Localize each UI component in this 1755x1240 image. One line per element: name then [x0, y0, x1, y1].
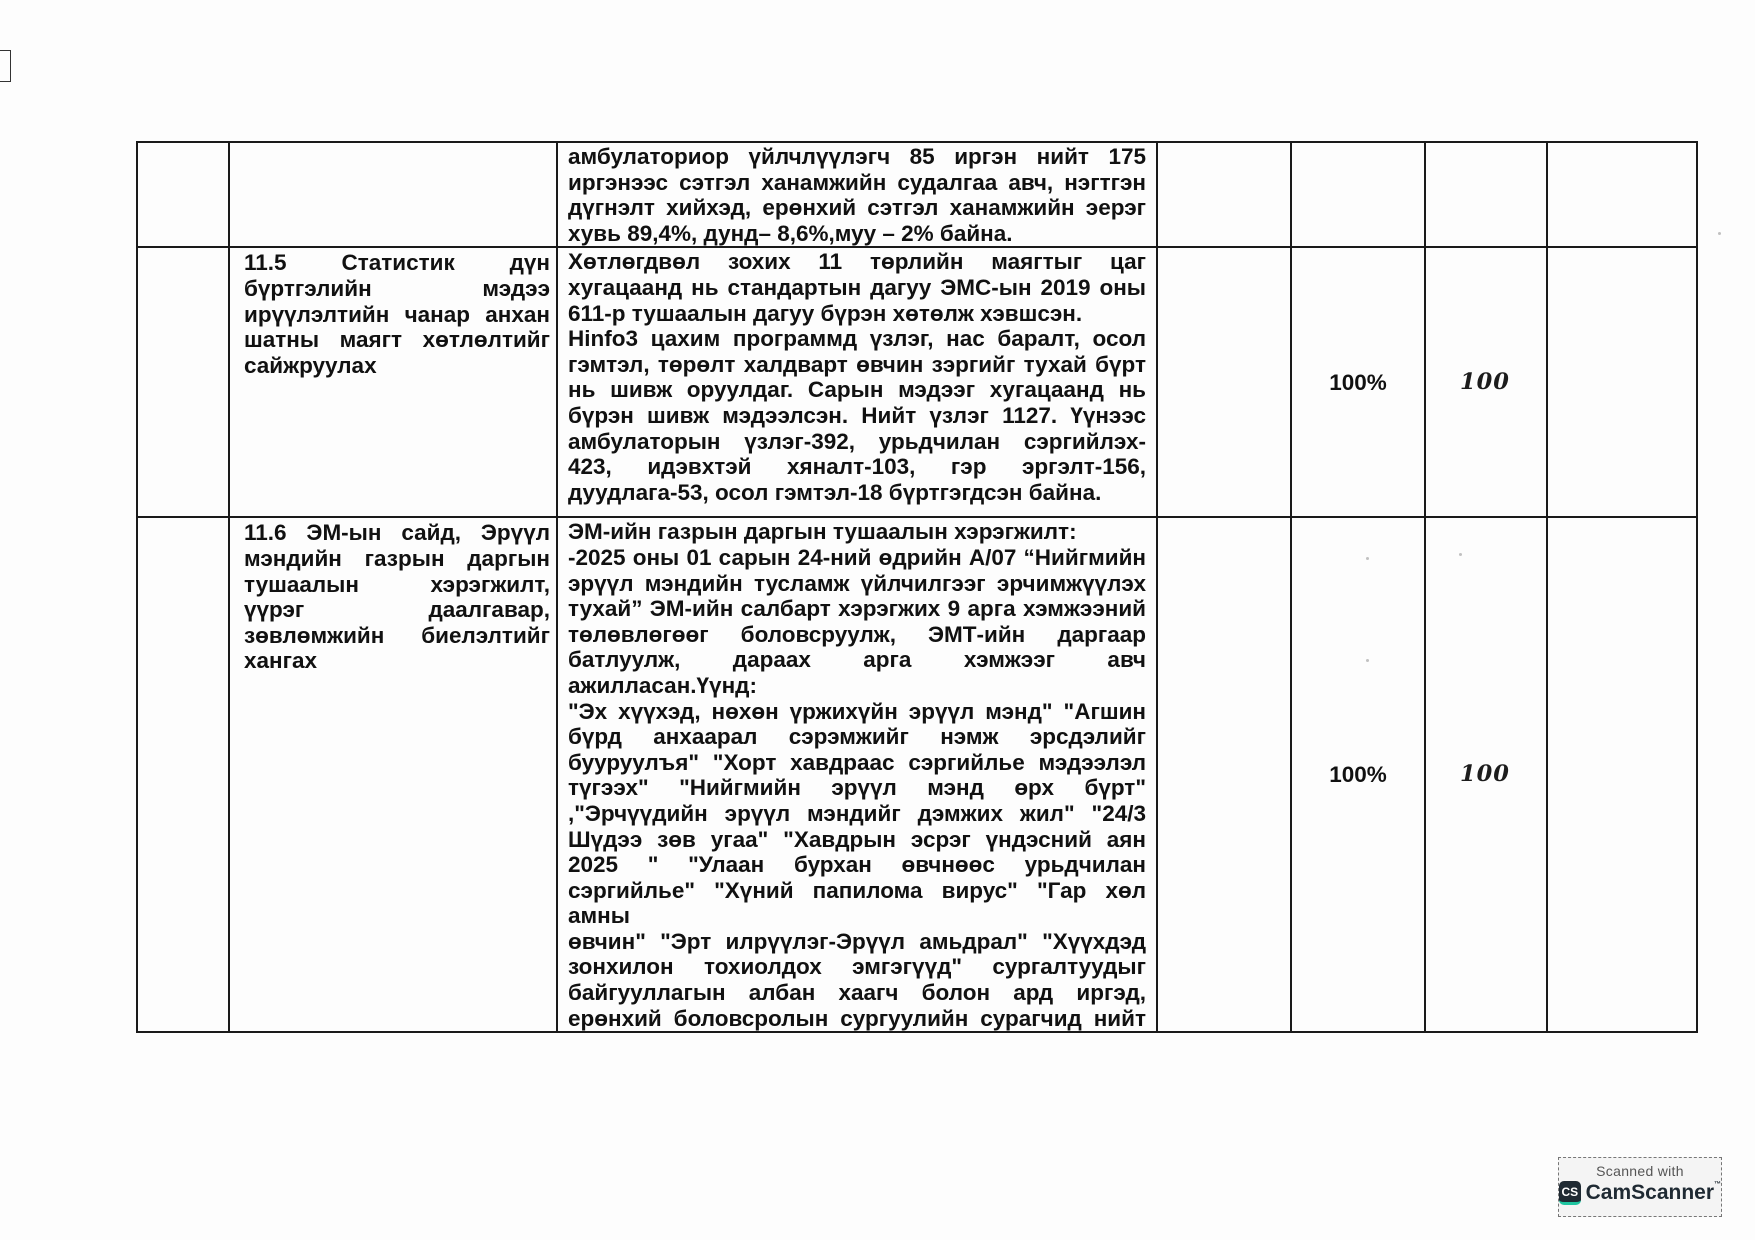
- description-line: бууруулъя" "Хорт хавдраас сэргийлье мэдэ…: [568, 750, 1146, 776]
- description-line: Хөтлөгдвөл зохих 11 төрлийн маягтыг цаг: [568, 249, 1146, 275]
- scan-speck: [1366, 659, 1369, 662]
- completion-percent: 100%: [1291, 517, 1425, 1032]
- description-line: бүрэн шивж мэдээлсэн. Нийт үзлэг 1127. Ү…: [568, 403, 1146, 429]
- empty-cell: [1547, 247, 1697, 517]
- description-line: эрүүл мэндийн тусламж үйлчилгээг эрчимжү…: [568, 571, 1146, 597]
- empty-cell: [1157, 142, 1291, 247]
- description-line: бүрд анхаарал сэрэмжийг нэмж эрсдэлийг: [568, 724, 1146, 750]
- row-number-cell: [137, 517, 229, 1032]
- empty-cell: [1157, 517, 1291, 1032]
- watermark-caption: Scanned with: [1559, 1163, 1721, 1179]
- description-text: Хөтлөгдвөл зохих 11 төрлийн маягтыг цагх…: [558, 248, 1156, 505]
- description-line: батлуулж, дараах арга хэмжээг авч: [568, 647, 1146, 673]
- completion-percent: 100%: [1291, 247, 1425, 517]
- row-number-cell: [137, 247, 229, 517]
- task-cell: [229, 142, 557, 247]
- description-line: дуудлага-53, осол гэмтэл-18 бүртгэгдсэн …: [568, 480, 1146, 506]
- description-line: нь шивж оруулдаг. Сарын мэдээг хугацаанд…: [568, 377, 1146, 403]
- description-line: өвчин" "Эрт илрүүлэг-Эрүүл амьдрал" "Хүү…: [568, 929, 1146, 955]
- description-line: 423, идэвхтэй хяналт-103, гэр эргэлт-156…: [568, 454, 1146, 480]
- description-line: зонхилон тохиолдох эмгэгүүд" сургалтууды…: [568, 954, 1146, 980]
- description-text: амбулаториор үйлчлүүлэгч 85 иргэн нийт 1…: [558, 143, 1156, 246]
- empty-cell: [1547, 142, 1697, 247]
- description-cell: амбулаториор үйлчлүүлэгч 85 иргэн нийт 1…: [557, 142, 1157, 247]
- task-text: 11.6 ЭМ-ын сайд, Эрүүл мэндийн газрын да…: [230, 518, 556, 674]
- description-line: сэргийлье" "Хүний папилома вирус" "Гар х…: [568, 878, 1146, 929]
- description-line: Hinfo3 цахим программд үзлэг, нас баралт…: [568, 326, 1146, 352]
- table-row: 11.6 ЭМ-ын сайд, Эрүүл мэндийн газрын да…: [137, 517, 1697, 1032]
- description-line: байгууллагын албан хаагч болон ард иргэд…: [568, 980, 1146, 1006]
- table-row: амбулаториор үйлчлүүлэгч 85 иргэн нийт 1…: [137, 142, 1697, 247]
- scan-page-edge: [0, 0, 238, 163]
- description-cell: ЭМ-ийн газрын даргын тушаалын хэрэгжилт:…: [557, 517, 1157, 1032]
- scan-speck: [1366, 557, 1369, 560]
- scan-speck: [1718, 232, 1721, 235]
- description-line: хувь 89,4%, дунд– 8,6%,муу – 2% байна.: [568, 221, 1146, 247]
- description-line: ажилласан.Үүнд:: [568, 673, 1146, 699]
- task-cell: 11.6 ЭМ-ын сайд, Эрүүл мэндийн газрын да…: [229, 517, 557, 1032]
- description-line: 2025 " "Улаан бурхан өвчнөөс урьдчилан: [568, 852, 1146, 878]
- description-line: ерөнхий боловсролын сургуулийн сурагчид …: [568, 1006, 1146, 1032]
- handwritten-score: 100: [1425, 517, 1547, 1032]
- description-line: төлөвлөгөөг боловсруулж, ЭМТ-ийн даргаар: [568, 622, 1146, 648]
- scan-speck: [1459, 553, 1462, 556]
- table-row: 11.5 Статистик дүн бүртгэлийн мэдээ ирүү…: [137, 247, 1697, 517]
- description-line: Шүдээ зөв угаа" "Хавдрын эсрэг үндэсний …: [568, 827, 1146, 853]
- description-line: тухай” ЭМ-ийн салбарт хэрэгжих 9 арга хэ…: [568, 596, 1146, 622]
- description-text: ЭМ-ийн газрын даргын тушаалын хэрэгжилт:…: [558, 518, 1156, 1031]
- description-line: хугацаанд нь стандартын дагуу ЭМС-ын 201…: [568, 275, 1146, 301]
- empty-cell: [1291, 142, 1425, 247]
- report-table: амбулаториор үйлчлүүлэгч 85 иргэн нийт 1…: [136, 141, 1698, 1033]
- row-number-cell: [137, 142, 229, 247]
- empty-cell: [1547, 517, 1697, 1032]
- description-line: амбулаториор үйлчлүүлэгч 85 иргэн нийт 1…: [568, 144, 1146, 170]
- empty-cell: [1157, 247, 1291, 517]
- description-line: 611-р тушаалын дагуу бүрэн хөтөлж хэвшсэ…: [568, 301, 1146, 327]
- description-line: ,"Эрчүүдийн эрүүл мэндийг дэмжих жил" "2…: [568, 801, 1146, 827]
- camscanner-logo-icon: CS: [1559, 1181, 1581, 1205]
- description-line: дүгнэлт хийхэд, ерөнхий сэтгэл ханамжийн…: [568, 195, 1146, 221]
- description-cell: Хөтлөгдвөл зохих 11 төрлийн маягтыг цагх…: [557, 247, 1157, 517]
- description-line: ЭМ-ийн газрын даргын тушаалын хэрэгжилт:: [568, 519, 1146, 545]
- task-text: 11.5 Статистик дүн бүртгэлийн мэдээ ирүү…: [230, 248, 556, 378]
- description-line: түгээх" "Нийгмийн эрүүл мэнд өрх бүрт": [568, 775, 1146, 801]
- description-line: иргэнээс сэтгэл ханамжийн судалгаа авч, …: [568, 170, 1146, 196]
- camscanner-watermark: Scanned with CS CamScanner™: [1558, 1157, 1722, 1217]
- description-line: амбулаторын үзлэг-392, урьдчилан сэргийл…: [568, 429, 1146, 455]
- description-line: "Эх хүүхэд, нөхөн үржихүйн эрүүл мэнд" "…: [568, 699, 1146, 725]
- scan-corner-mark: [0, 50, 11, 82]
- watermark-brand: CamScanner™: [1586, 1181, 1721, 1205]
- empty-cell: [1425, 142, 1547, 247]
- handwritten-score: 100: [1425, 247, 1547, 517]
- task-cell: 11.5 Статистик дүн бүртгэлийн мэдээ ирүү…: [229, 247, 557, 517]
- description-line: -2025 оны 01 сарын 24-ний өдрийн А/07 “Н…: [568, 545, 1146, 571]
- description-line: гэмтэл, төрөлт халдварт өвчин зэргийг ту…: [568, 352, 1146, 378]
